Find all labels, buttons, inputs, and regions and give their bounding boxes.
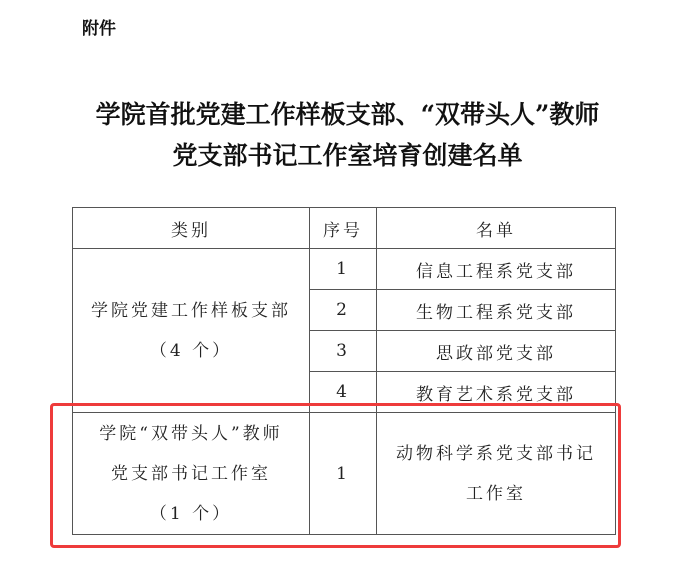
row-number: 3 bbox=[310, 331, 377, 372]
column-header-number: 序号 bbox=[310, 208, 377, 249]
row-number: 1 bbox=[310, 249, 377, 290]
document-title-line2: 党支部书记工作室培育创建名单 bbox=[10, 136, 675, 172]
column-header-category: 类别 bbox=[73, 208, 310, 249]
highlight-box bbox=[50, 403, 621, 548]
table-row: 学院党建工作样板支部 （4 个） 1 信息工程系党支部 bbox=[73, 249, 616, 290]
table-header-row: 类别 序号 名单 bbox=[73, 208, 616, 249]
row-name: 生物工程系党支部 bbox=[377, 290, 616, 331]
row-name: 信息工程系党支部 bbox=[377, 249, 616, 290]
row-number: 2 bbox=[310, 290, 377, 331]
attachment-label: 附件 bbox=[82, 14, 116, 39]
document-title-line1: 学院首批党建工作样板支部、“双带头人”教师 bbox=[10, 95, 675, 131]
category-count: （4 个） bbox=[73, 331, 309, 371]
category-label: 学院党建工作样板支部 bbox=[73, 291, 309, 331]
column-header-name: 名单 bbox=[377, 208, 616, 249]
category-cell: 学院党建工作样板支部 （4 个） bbox=[73, 249, 310, 413]
row-name: 思政部党支部 bbox=[377, 331, 616, 372]
